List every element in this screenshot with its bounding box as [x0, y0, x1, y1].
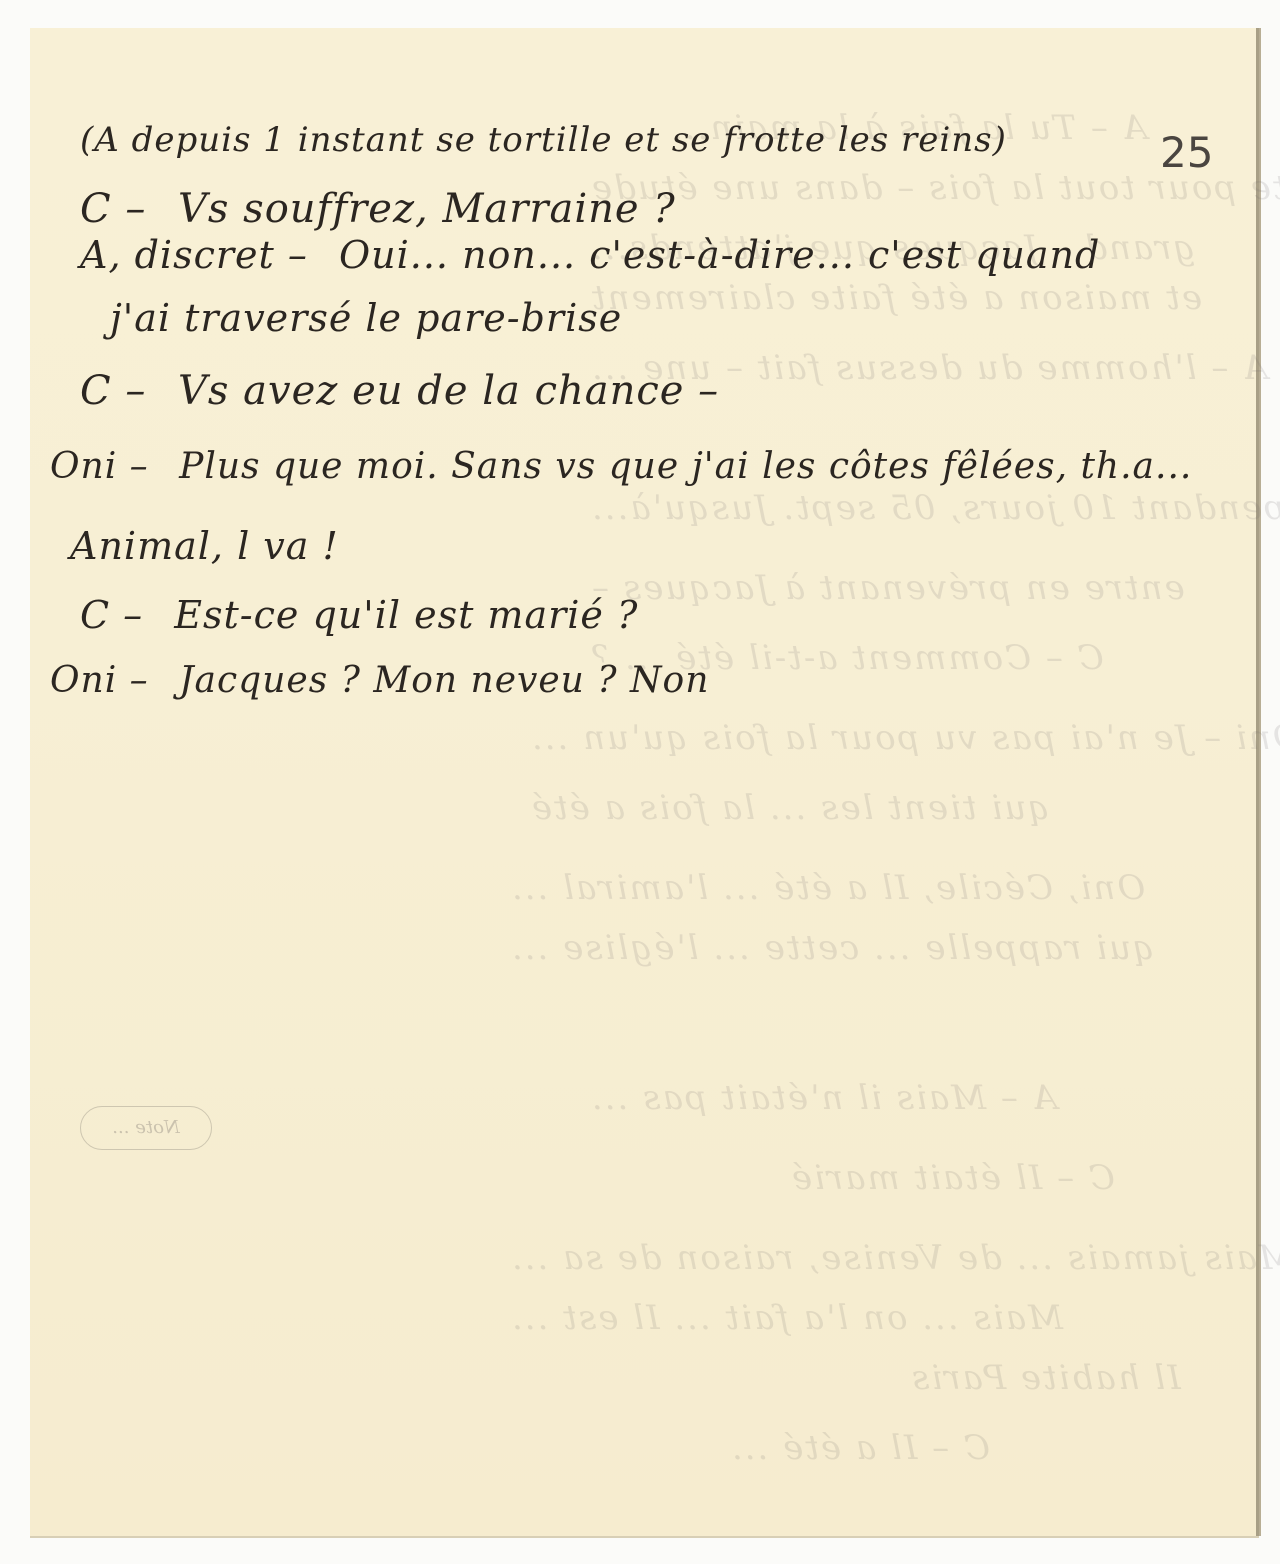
bleed-through-line: Mais ... on l'a fait ... Il est ... — [510, 1298, 1063, 1338]
manuscript-page: A – Tu la fais à la main... Oui, la tête… — [30, 28, 1259, 1536]
bleed-through-line: A – Mais il n'était pas ... — [590, 1078, 1057, 1118]
line-text: Est-ce qu'il est marié ? — [174, 593, 638, 637]
bleed-through-line: Oni – Mais jamais ... de Venise, raison … — [510, 1238, 1280, 1278]
bleed-through-line: C – Il a été ... — [730, 1428, 990, 1468]
dialogue-line: C – Est-ce qu'il est marié ? — [80, 593, 638, 637]
line-text: Oui... non... c'est-à-dire... c'est quan… — [339, 233, 1100, 277]
line-text: Animal, l va ! — [70, 524, 339, 568]
bleed-through-line: et maison a été faite clairement — [590, 278, 1202, 318]
circled-margin-note: Note ... — [80, 1106, 212, 1150]
line-text: Vs souffrez, Marraine ? — [178, 186, 676, 232]
dialogue-line: C – Vs souffrez, Marraine ? — [80, 186, 676, 232]
bleed-through-line: Oni, Cécile, Il a été ... l'amiral ... — [510, 868, 1145, 908]
dialogue-line: Oni – Plus que moi. Sans vs que j'ai les… — [50, 446, 1192, 487]
bleed-through-line: Oni – Je n'ai pas vu pour la fois qu'un … — [530, 718, 1280, 758]
speaker-label: Oni – — [50, 660, 149, 701]
speaker-label: C – — [80, 186, 146, 232]
bleed-through-line: entre en prévenant à Jacques – — [590, 568, 1185, 608]
speaker-label: C – — [80, 368, 146, 414]
speaker-label: C – — [80, 593, 143, 637]
line-text: Vs avez eu de la chance – — [178, 368, 719, 414]
line-text: Plus que moi. Sans vs que j'ai les côtes… — [179, 446, 1192, 487]
speaker-label: Oni – — [50, 446, 149, 487]
stage-direction: (A depuis 1 instant se tortille et se fr… — [80, 120, 1007, 160]
dialogue-line: C – Vs avez eu de la chance – — [80, 368, 719, 414]
dialogue-line: A, discret – Oui... non... c'est-à-dire.… — [80, 233, 1100, 277]
line-text: (A depuis 1 instant se tortille et se fr… — [80, 120, 1007, 160]
speaker-label: A, discret – — [80, 233, 308, 277]
dialogue-continuation: j'ai traversé le pare-brise — [110, 296, 622, 340]
bleed-through-line: pendant 10 jours, 05 sept. Jusqu'à... — [590, 488, 1280, 528]
line-text: Jacques ? Mon neveu ? Non — [179, 660, 709, 701]
bleed-through-line: qui tient les ... la fois a été — [530, 788, 1050, 828]
bleed-through-line: C – Il était marié — [790, 1158, 1115, 1198]
line-text: j'ai traversé le pare-brise — [110, 296, 622, 340]
page-number: 25 — [1160, 128, 1213, 177]
bleed-through-line: qui rappelle ... cette ... l'église ... — [510, 928, 1155, 968]
bleed-through-line: Il habite Paris — [910, 1358, 1181, 1398]
dialogue-continuation: Animal, l va ! — [70, 524, 339, 568]
dialogue-line: Oni – Jacques ? Mon neveu ? Non — [50, 660, 709, 701]
